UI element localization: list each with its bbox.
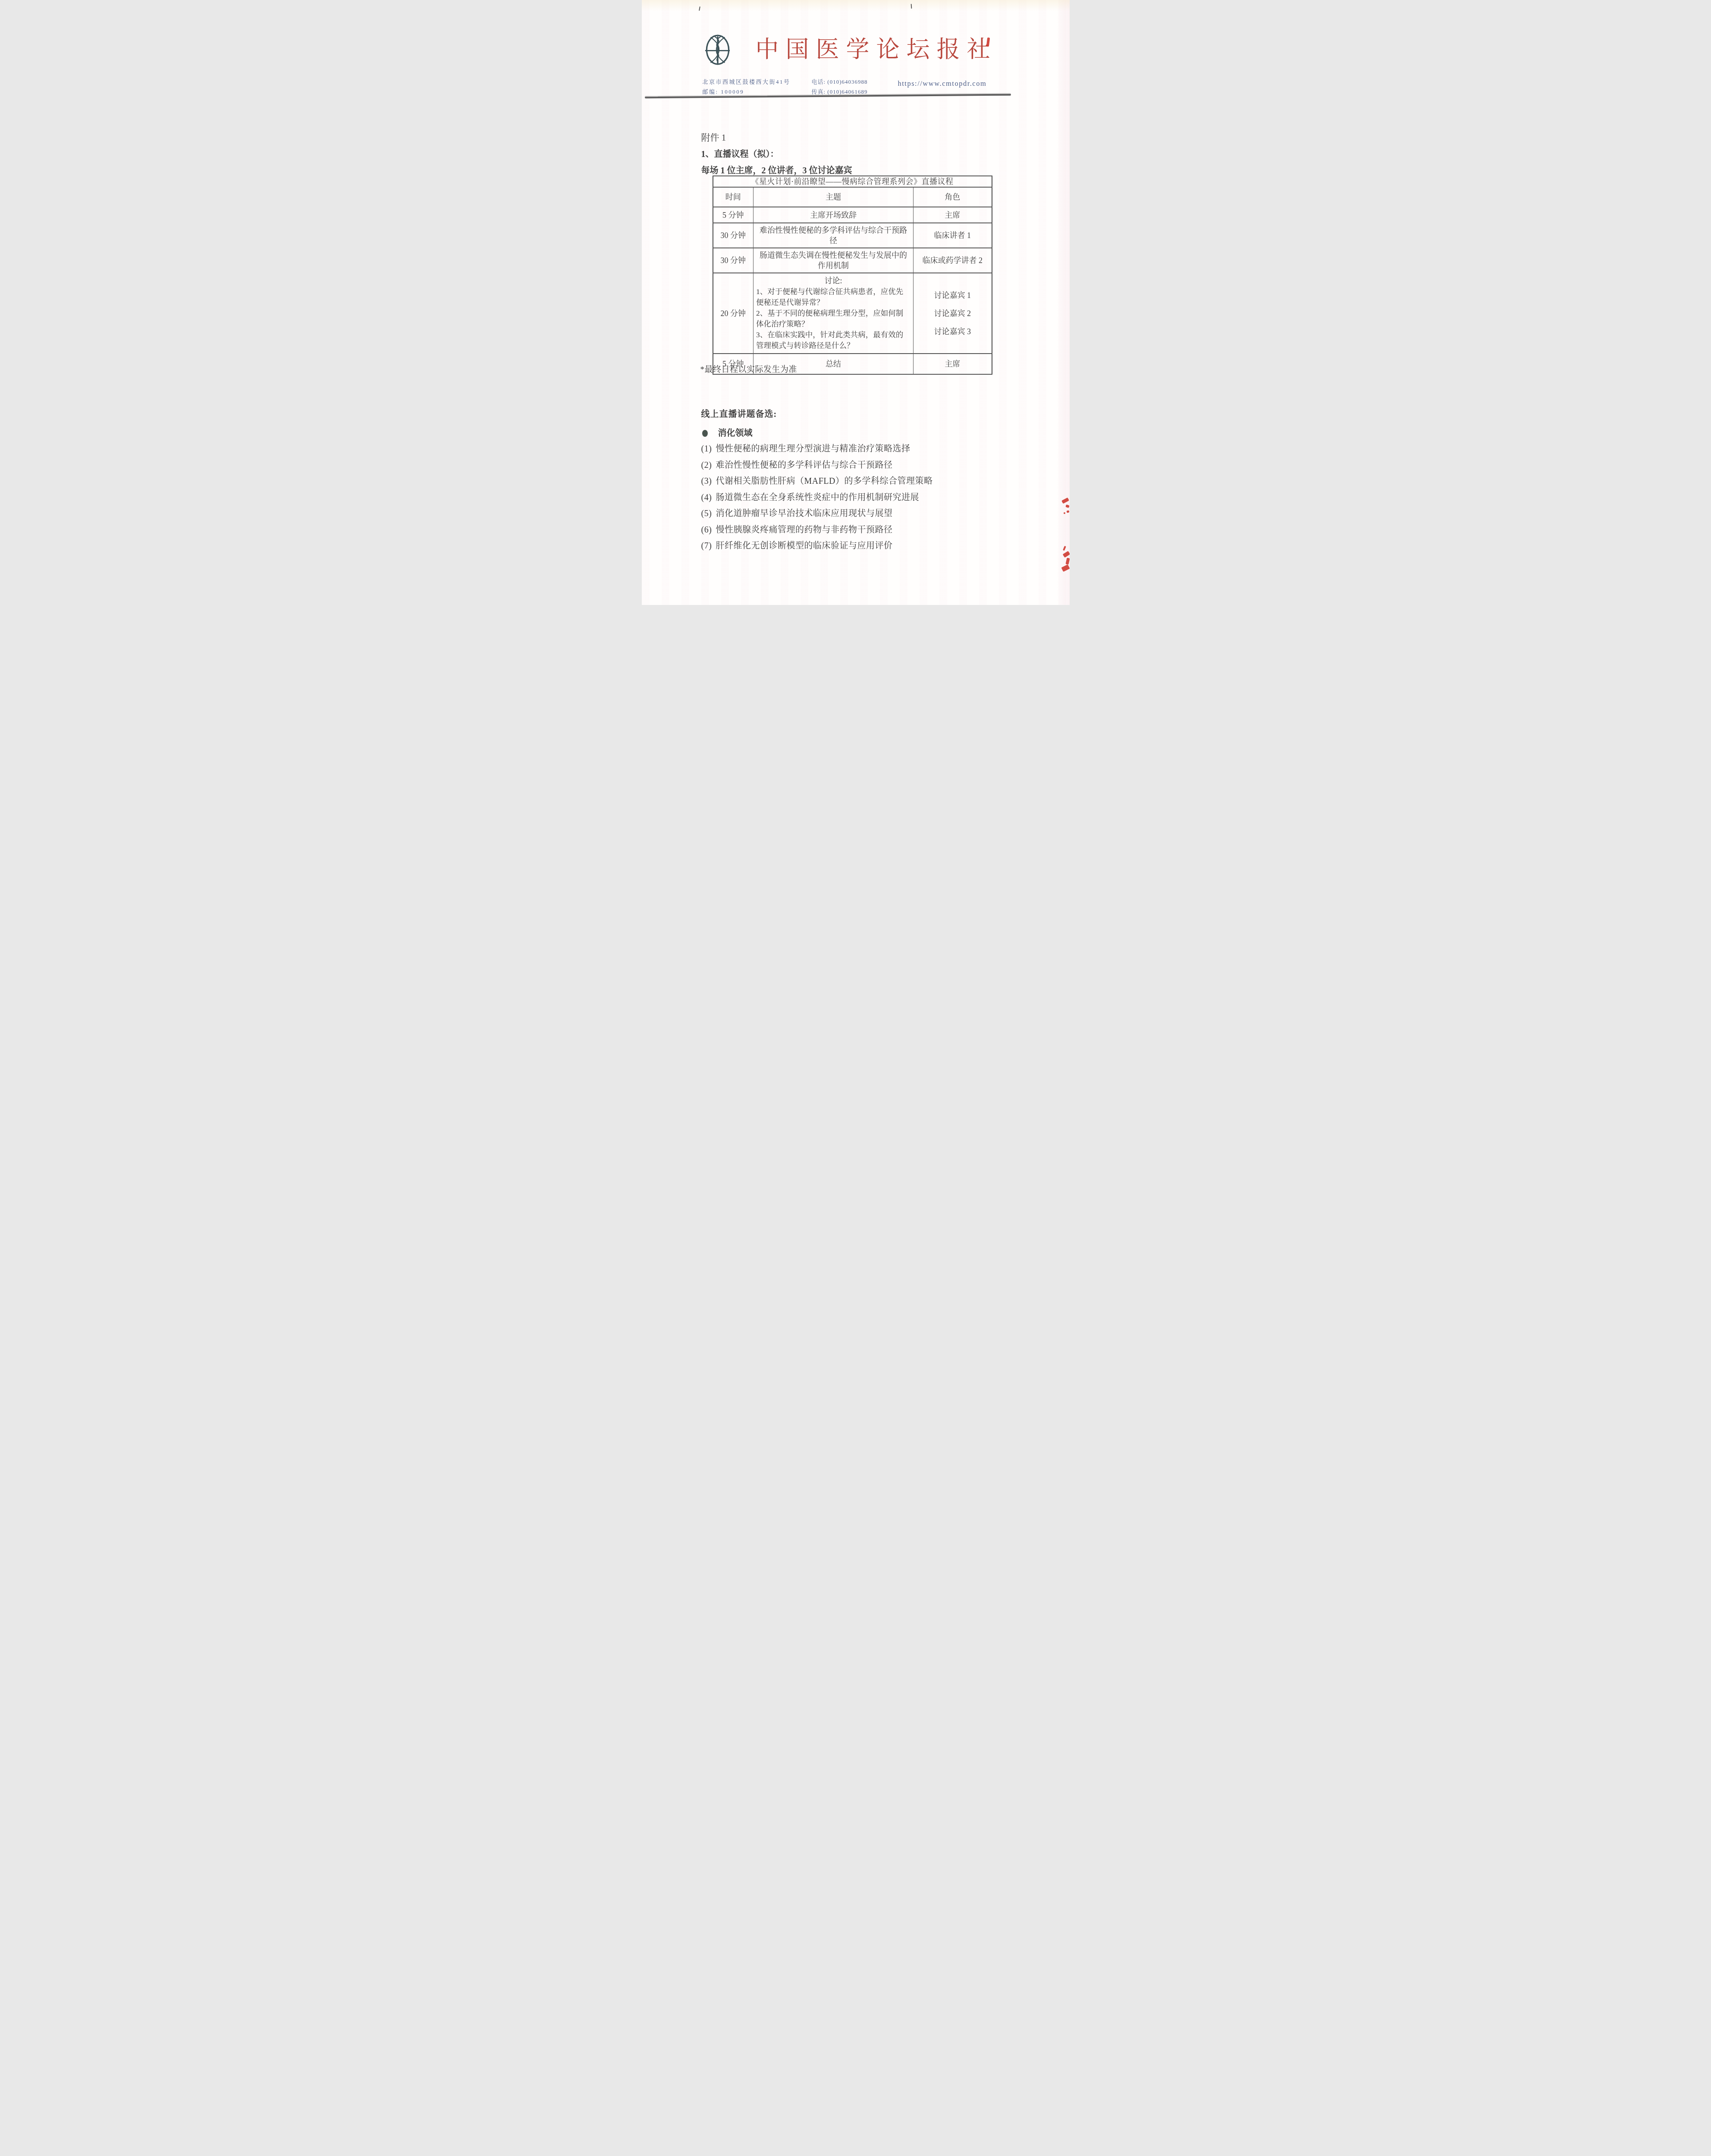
item-text: 肠道微生态在全身系统性炎症中的作用机制研究进展 (716, 493, 920, 502)
topic-cell: 难治性慢性便秘的多学科评估与综合干预路径 (753, 223, 914, 248)
topic-cell: 肠道微生态失调在慢性便秘发生与发展中的作用机制 (753, 248, 914, 273)
attachment-label: 附件 1 (701, 131, 726, 144)
stamp-fragment (1061, 498, 1069, 504)
address-line: 北京市西城区鼓楼西大街41号 (703, 77, 791, 87)
item-number: (3) (701, 477, 716, 486)
column-header-topic: 主题 (753, 187, 914, 207)
table-row: 5 分钟 主席开场致辞 主席 (713, 207, 992, 223)
time-cell: 20 分钟 (713, 273, 753, 354)
item-text: 难治性慢性便秘的多学科评估与综合干预路径 (716, 461, 893, 470)
guest-line: 讨论嘉宾 2 (916, 304, 989, 323)
stamp-fragment (1065, 505, 1069, 508)
scan-speck (910, 4, 912, 9)
section-heading-agenda: 1、直播议程（拟）： (701, 147, 779, 160)
stamp-fragment (1061, 564, 1070, 572)
role-cell: 临床讲者 1 (914, 223, 992, 248)
item-number: (1) (701, 445, 716, 454)
table-row-discussion: 20 分钟 讨论: 1、对于便秘与代谢综合征共病患者，应优先便秘还是代谢异常？ … (713, 273, 992, 354)
list-item: (2)难治性慢性便秘的多学科评估与综合干预路径 (701, 461, 1029, 470)
time-cell: 30 分钟 (713, 223, 753, 248)
discussion-questions: 1、对于便秘与代谢综合征共病患者，应优先便秘还是代谢异常？ 2、基于不同的便秘病… (756, 286, 908, 351)
role-cell: 主席 (914, 354, 992, 374)
discussion-heading: 讨论: (756, 276, 910, 286)
phone-fax-block: 电话: (010)64036988 传真: (010)64061689 (812, 77, 868, 97)
role-cell: 主席 (914, 207, 992, 223)
item-number: (2) (701, 461, 716, 470)
time-cell: 5 分钟 (713, 207, 753, 223)
category-label: 消化领域 (718, 429, 753, 438)
item-text: 慢性胰腺炎疼痛管理的药物与非药物干预路径 (716, 525, 893, 535)
item-text: 消化道肿瘤早诊早治技术临床应用现状与展望 (716, 509, 893, 518)
scanned-letter-page: 中国医学论坛报社 北京市西城区鼓楼西大街41号 邮编: 100009 电话: (… (642, 0, 1070, 605)
topic-cell: 主席开场致辞 (753, 207, 914, 223)
discussion-topic-cell: 讨论: 1、对于便秘与代谢综合征共病患者，应优先便秘还是代谢异常？ 2、基于不同… (753, 273, 914, 354)
stamp-fragment (1064, 512, 1065, 514)
list-item: (1)慢性便秘的病理生理分型演进与精准治疗策略选择 (701, 445, 1029, 454)
item-number: (4) (701, 493, 716, 503)
discussion-guests: 讨论嘉宾 1 讨论嘉宾 2 讨论嘉宾 3 (916, 286, 989, 341)
list-item: (5)消化道肿瘤早诊早治技术临床应用现状与展望 (701, 509, 1029, 519)
item-number: (6) (701, 526, 716, 535)
caduceus-globe-logo-icon (705, 33, 730, 66)
website-url: https://www.cmtopdr.com (898, 79, 987, 88)
column-header-time: 时间 (713, 187, 753, 207)
list-item: (6)慢性胰腺炎疼痛管理的药物与非药物干预路径 (701, 526, 1029, 535)
item-text: 肝纤维化无创诊断模型的临床验证与应用评价 (716, 541, 893, 551)
role-cell: 临床或药学讲者 2 (914, 248, 992, 273)
topics-list: (1)慢性便秘的病理生理分型演进与精准治疗策略选择 (2)难治性慢性便秘的多学科… (701, 445, 1029, 558)
item-number: (7) (701, 542, 716, 551)
role-cell: 讨论嘉宾 1 讨论嘉宾 2 讨论嘉宾 3 (914, 273, 992, 354)
list-item: (3)代谢相关脂肪性肝病（MAFLD）的多学科综合管理策略 (701, 477, 1029, 486)
postal-code-line: 邮编: 100009 (703, 87, 791, 97)
discussion-question: 2、基于不同的便秘病理生理分型，应如何制体化治疗策略？ (756, 308, 908, 329)
table-row: 30 分钟 肠道微生态失调在慢性便秘发生与发展中的作用机制 临床或药学讲者 2 (713, 248, 992, 273)
guest-line: 讨论嘉宾 3 (916, 323, 989, 341)
discussion-question: 1、对于便秘与代谢综合征共病患者，应优先便秘还是代谢异常？ (756, 286, 908, 308)
bullet-icon (702, 430, 708, 437)
item-text: 代谢相关脂肪性肝病（MAFLD）的多学科综合管理策略 (716, 476, 933, 486)
agenda-table-title: 《星火计划·前沿瞭望——慢病综合管理系列会》直播议程 (713, 176, 992, 187)
time-cell: 30 分钟 (713, 248, 753, 273)
table-row: 30 分钟 难治性慢性便秘的多学科评估与综合干预路径 临床讲者 1 (713, 223, 992, 248)
topics-section-heading: 线上直播讲题备选: (701, 407, 777, 420)
stamp-fragment (1063, 546, 1066, 551)
scan-speck (699, 6, 700, 11)
discussion-question: 3、在临床实践中，针对此类共病，最有效的管理模式与转诊路径是什么？ (756, 329, 908, 351)
stamp-fragment (1062, 551, 1069, 558)
list-item: (4)肠道微生态在全身系统性炎症中的作用机制研究进展 (701, 493, 1029, 503)
stamp-fragment (1065, 558, 1069, 564)
category-bullet-row: 消化领域 (702, 426, 753, 439)
agenda-table: 《星火计划·前沿瞭望——慢病综合管理系列会》直播议程 时间 主题 角色 5 分钟… (713, 175, 992, 375)
table-header-row: 时间 主题 角色 (713, 187, 992, 207)
stamp-fragment (1066, 510, 1069, 513)
organization-title: 中国医学论坛报社 (756, 34, 997, 65)
phone-line: 电话: (010)64036988 (812, 77, 868, 87)
address-block: 北京市西城区鼓楼西大街41号 邮编: 100009 (703, 77, 791, 97)
list-item: (7)肝纤维化无创诊断模型的临床验证与应用评价 (701, 542, 1029, 551)
item-text: 慢性便秘的病理生理分型演进与精准治疗策略选择 (716, 444, 910, 454)
item-number: (5) (701, 509, 716, 519)
table-title-row: 《星火计划·前沿瞭望——慢病综合管理系列会》直播议程 (713, 176, 992, 187)
column-header-role: 角色 (914, 187, 992, 207)
session-composition-note: 每场 1 位主席，2 位讲者，3 位讨论嘉宾 (701, 163, 852, 176)
schedule-disclaimer: *最终日程以实际发生为准 (700, 363, 797, 375)
guest-line: 讨论嘉宾 1 (916, 286, 989, 304)
